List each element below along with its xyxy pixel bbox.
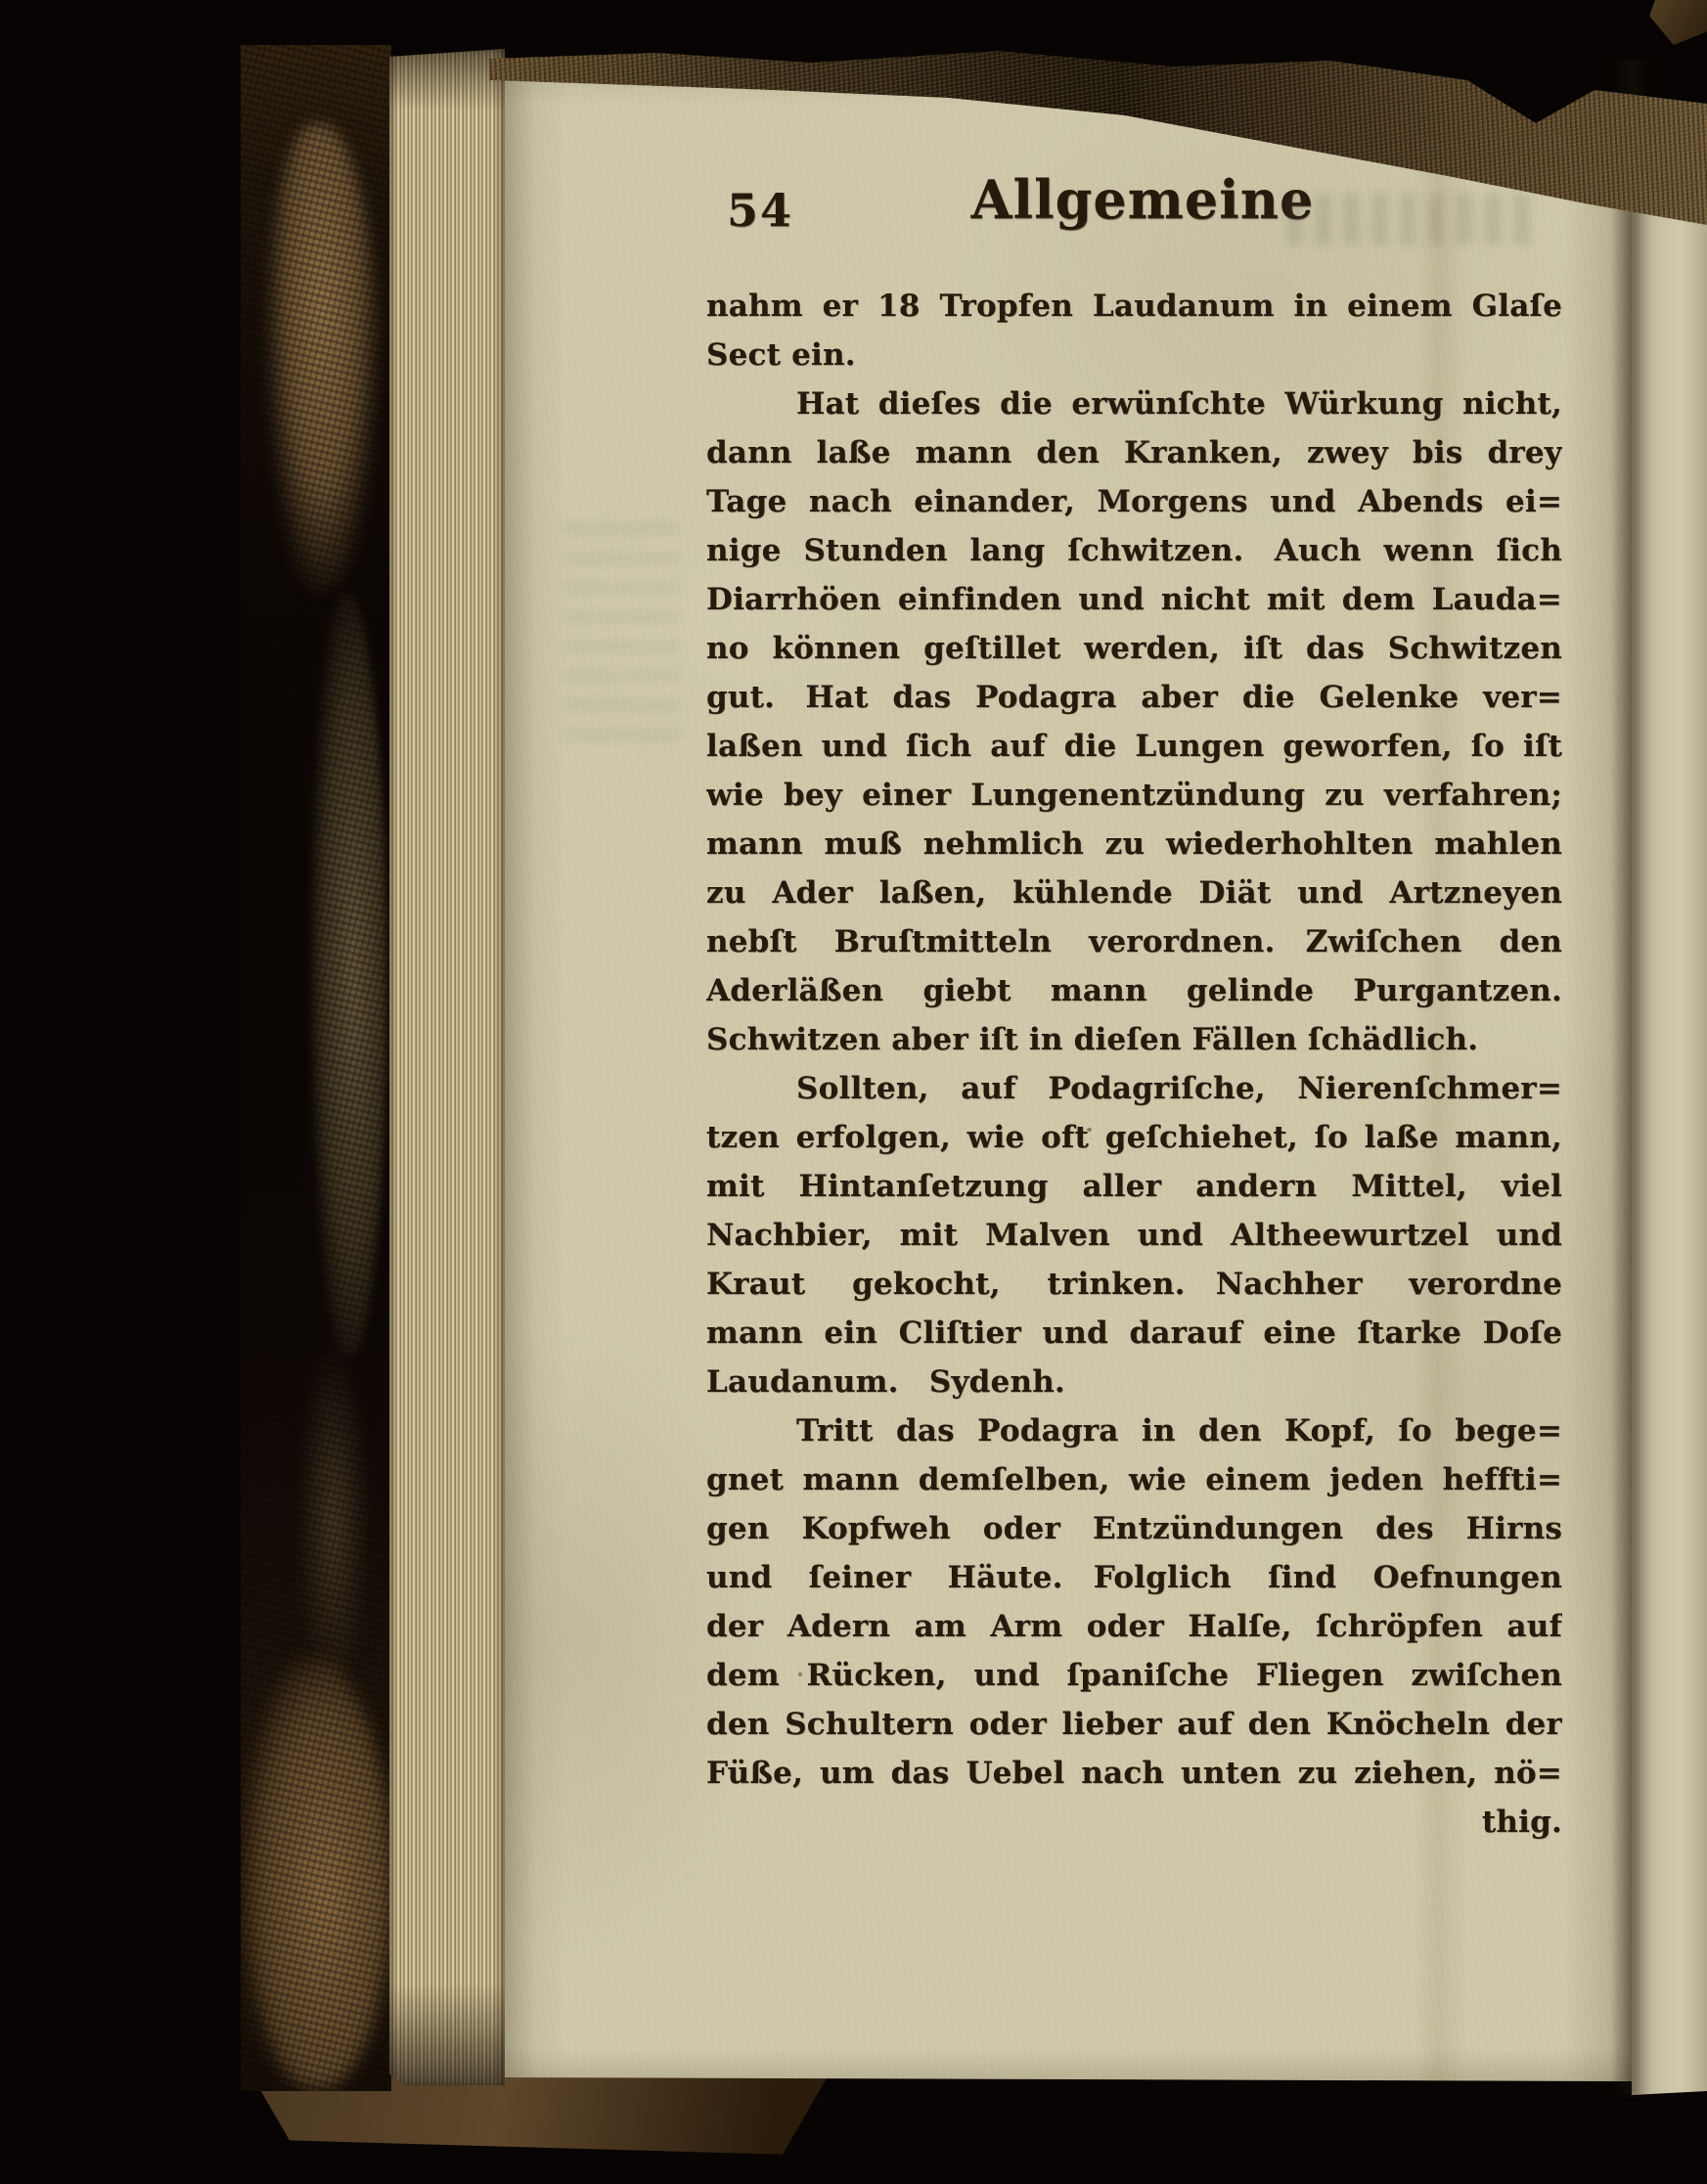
text-line: no können geſtillet werden, iſt das Schw…: [706, 631, 1562, 680]
text-line: nige Stunden lang ſchwitzen. Auch wenn ſ…: [706, 533, 1562, 582]
text-line: Sect ein.: [706, 337, 1562, 386]
ink-speck: [1087, 1128, 1092, 1132]
text-line: Laudanum. Sydenh.: [706, 1364, 1562, 1413]
text-line: laßen und ſich auf die Lungen geworfen, …: [706, 729, 1562, 778]
page-edge-stack: [389, 49, 505, 2085]
spine-wear-patch: [311, 593, 387, 1356]
ink-speck: [798, 1672, 802, 1676]
corner-debris: [1649, 0, 1707, 45]
book-spine: [241, 45, 391, 2091]
text-line: thig.: [706, 1805, 1562, 1853]
running-header: Allgemeine: [971, 168, 1315, 231]
text-line: wie bey einer Lungenentzündung zu verfah…: [706, 778, 1562, 826]
text-line: nahm er 18 Tropfen Laudanum in einem Gla…: [706, 289, 1562, 337]
text-line: dann laße mann den Kranken, zwey bis dre…: [706, 435, 1562, 484]
text-line: nebſt Bruſtmitteln verordnen. Zwiſchen d…: [706, 924, 1562, 973]
spine-wear-patch: [245, 1659, 391, 2089]
text-line: Tritt das Podagra in den Kopf, ſo bege=: [706, 1413, 1562, 1462]
scanned-book-photo: 54 Allgemeine nahm er 18 Tropfen Laudanu…: [0, 0, 1707, 2184]
page-header: 54 Allgemeine: [706, 168, 1562, 245]
text-line: Kraut gekocht, trinken. Nachher verordne: [706, 1267, 1562, 1315]
facing-page-sliver: [1632, 137, 1707, 2103]
text-line: Hat dieſes die erwünſchte Würkung nicht,: [706, 386, 1562, 435]
text-line: gnet mann demſelben, wie einem jeden hef…: [706, 1462, 1562, 1511]
text-line: mit Hintanſetzung aller andern Mittel, v…: [706, 1169, 1562, 1218]
text-line: gen Kopfweh oder Entzündungen des Hirns: [706, 1511, 1562, 1560]
text-line: den Schultern oder lieber auf den Knöche…: [706, 1707, 1562, 1756]
text-line: Tage nach einander, Morgens und Abends e…: [706, 484, 1562, 533]
text-line: dem Rücken, und ſpaniſche Fliegen zwiſch…: [706, 1658, 1562, 1707]
text-line: der Adern am Arm oder Halſe, ſchröpfen a…: [706, 1609, 1562, 1658]
page-number: 54: [727, 184, 793, 237]
show-through-smudge: [563, 516, 681, 741]
book-page: 54 Allgemeine nahm er 18 Tropfen Laudanu…: [505, 47, 1632, 2093]
text-line: Füße, um das Uebel nach unten zu ziehen,…: [706, 1756, 1562, 1805]
text-line: Sollten, auf Podagriſche, Nierenſchmer=: [706, 1071, 1562, 1120]
text-line: gut. Hat das Podagra aber die Gelenke ve…: [706, 680, 1562, 729]
text-line: Aderläßen giebt mann gelinde Purgantzen.: [706, 973, 1562, 1022]
text-line: mann muß nehmlich zu wiederhohlten mahle…: [706, 826, 1562, 875]
spine-wear-patch: [299, 1346, 368, 1698]
text-line: mann ein Cliſtier und darauf eine ſtarke…: [706, 1315, 1562, 1364]
text-line: Diarrhöen einfinden und nicht mit dem La…: [706, 582, 1562, 631]
text-line: und ſeiner Häute. Folglich ſind Oefnunge…: [706, 1560, 1562, 1609]
text-line: tzen erfolgen, wie oft geſchiehet, ſo la…: [706, 1120, 1562, 1169]
text-line: Schwitzen aber iſt in dieſen Fällen ſchä…: [706, 1022, 1562, 1071]
text-block: nahm er 18 Tropfen Laudanum in einem Gla…: [706, 289, 1562, 1853]
spine-wear-patch: [266, 123, 380, 593]
text-line: zu Ader laßen, kühlende Diät und Artzney…: [706, 875, 1562, 924]
text-line: Nachbier, mit Malven und Altheewurtzel u…: [706, 1218, 1562, 1267]
